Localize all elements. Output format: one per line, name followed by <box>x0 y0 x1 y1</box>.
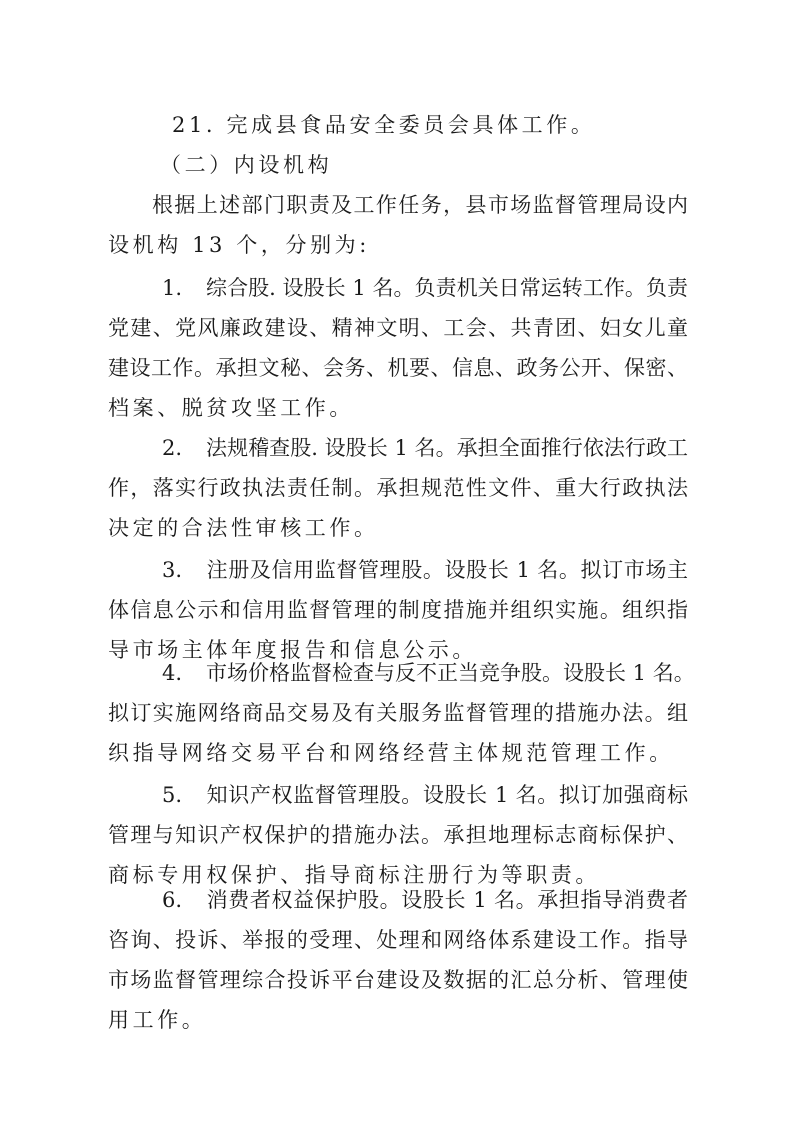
section-4-number: 4. <box>162 653 206 693</box>
section-3-line-2: 体信息公示和信用监督管理的制度措施并组织实施。组织指 <box>108 590 688 630</box>
document-page: 21. 完成县食品安全委员会具体工作。 （二）内设机构 根据上述部门职责及工作任… <box>0 0 793 1122</box>
intro-paragraph-line-1: 根据上述部门职责及工作任务，县市场监督管理局设内 <box>152 185 688 225</box>
section-2-line-1-text: 法规稽查股. 设股长 1 名。承担全面推行依法行政工 <box>206 436 688 460</box>
section-4-line-1: 4.市场价格监督检查与反不正当竞争股。设股长 1 名。 <box>162 653 688 693</box>
section-1-line-2: 党建、党风廉政建设、精神文明、工会、共青团、妇女儿童 <box>108 308 688 348</box>
section-1-line-1-text: 综合股. 设股长 1 名。负责机关日常运转工作。负责 <box>206 276 688 300</box>
section-2-line-1: 2.法规稽查股. 设股长 1 名。承担全面推行依法行政工 <box>162 428 688 468</box>
section-3-number: 3. <box>162 550 206 590</box>
section-1-line-3: 建设工作。承担文秘、会务、机要、信息、政务公开、保密、 <box>108 348 688 388</box>
section-4-line-3: 织指导网络交易平台和网络经营主体规范管理工作。 <box>108 733 688 773</box>
section-1-line-4: 档案、脱贫攻坚工作。 <box>108 388 688 428</box>
section-6-line-2: 咨询、投诉、举报的受理、处理和网络体系建设工作。指导 <box>108 920 688 960</box>
section-2-number: 2. <box>162 428 206 468</box>
section-2-line-3: 决定的合法性审核工作。 <box>108 508 688 548</box>
section-5-line-1: 5.知识产权监督管理股。设股长 1 名。拟订加强商标 <box>162 775 688 815</box>
section-1-number: 1. <box>162 268 206 308</box>
section-6-line-1: 6.消费者权益保护股。设股长 1 名。承担指导消费者 <box>162 880 688 920</box>
section-6-number: 6. <box>162 880 206 920</box>
section-4-line-1-text: 市场价格监督检查与反不正当竞争股。设股长 1 名。 <box>206 661 695 685</box>
section-5-number: 5. <box>162 775 206 815</box>
section-6-line-3: 市场监督管理综合投诉平台建设及数据的汇总分析、管理使 <box>108 960 688 1000</box>
section-6-line-4: 用工作。 <box>108 1000 688 1040</box>
section-2-line-2: 作，落实行政执法责任制。承担规范性文件、重大行政执法 <box>108 468 688 508</box>
section-1-line-1: 1.综合股. 设股长 1 名。负责机关日常运转工作。负责 <box>162 268 688 308</box>
section-3-line-1-text: 注册及信用监督管理股。设股长 1 名。拟订市场主 <box>206 558 688 582</box>
section-3-line-1: 3.注册及信用监督管理股。设股长 1 名。拟订市场主 <box>162 550 688 590</box>
section-4-line-2: 拟订实施网络商品交易及有关服务监督管理的措施办法。组 <box>108 693 688 733</box>
section-6-line-1-text: 消费者权益保护股。设股长 1 名。承担指导消费者 <box>206 888 688 912</box>
section-5-line-1-text: 知识产权监督管理股。设股长 1 名。拟订加强商标 <box>206 783 688 807</box>
section-heading-internal-agencies: （二）内设机构 <box>160 145 740 185</box>
item-21-text: 21. 完成县食品安全委员会具体工作。 <box>172 105 752 145</box>
section-5-line-2: 管理与知识产权保护的措施办法。承担地理标志商标保护、 <box>108 815 688 855</box>
intro-paragraph-line-2: 设机构 13 个，分别为: <box>108 225 688 265</box>
